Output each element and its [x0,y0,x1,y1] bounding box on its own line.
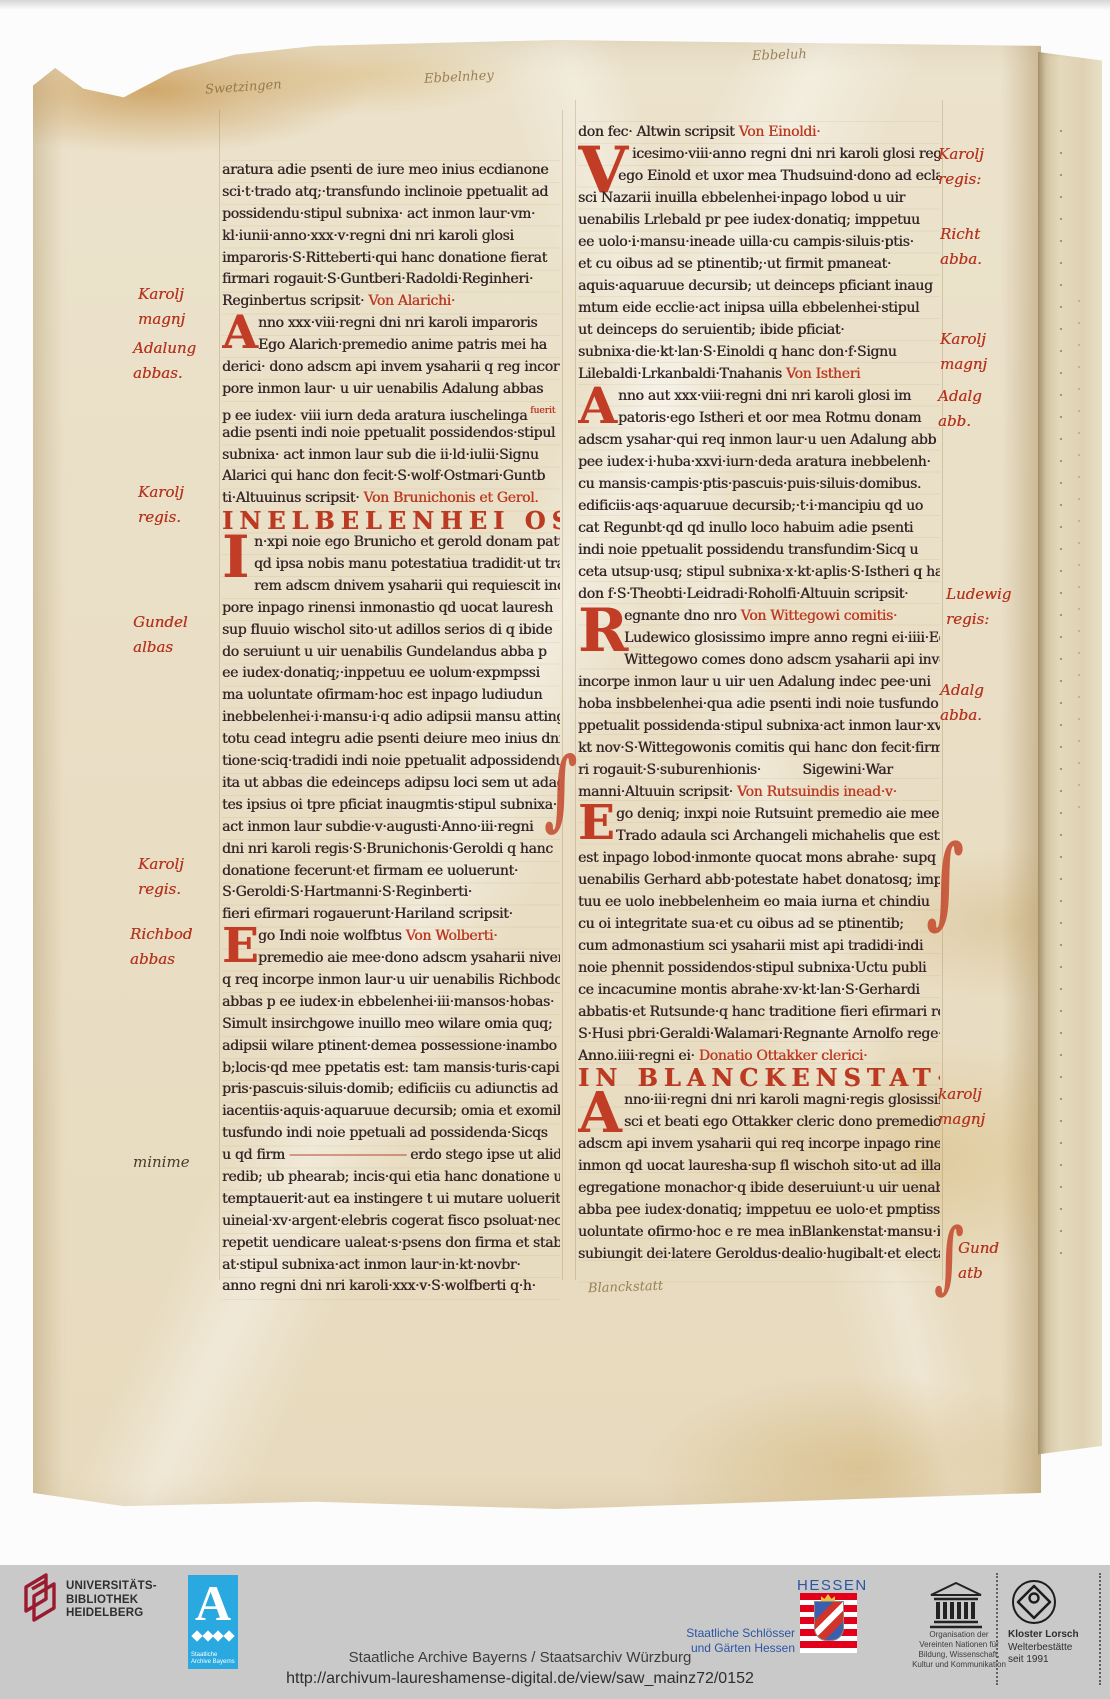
manuscript-line: do seruiunt u uir uenabilis Gundelandus … [222,642,560,664]
lorsch-line1: Kloster Lorsch [1008,1629,1079,1642]
column-rule [942,100,943,1280]
manuscript-line: IN BLANCKENSTAT· [578,1067,940,1089]
manuscript-line: Trado adaula sci Archangeli michahelis q… [578,825,940,847]
body-text: ee iudex·donatiq;·inppetuu ee uolum·expm… [222,665,540,681]
column-rule [562,110,563,1280]
body-text: ego Einold et uxor mea Thudsuind·dono ad… [618,168,940,184]
manuscript-line: inebbelenhei·i·mansu·i·q adio adipsii ma… [222,707,560,729]
body-text: Alarici qui hanc don fecit·S·wolf·Ostmar… [222,468,545,484]
manuscript-line: cu oi integritate sua·et cu oibus ad se … [578,913,940,935]
manuscript-line: kl·iunii·anno·xxx·v·regni dni nri karoli… [222,226,560,248]
manuscript-line: edificiis·aqs·aquaruue decursib;·t·i·man… [578,495,940,517]
column-rule [219,110,220,1280]
unesco-line2: Vereinten Nationen für [903,1640,1015,1650]
ub-heidelberg-text: UNIVERSITÄTS- BIBLIOTHEK HEIDELBERG [66,1580,157,1621]
body-text: ita ut abbas die edeinceps adipsu loci s… [222,775,560,791]
ub-line1: UNIVERSITÄTS- [66,1580,157,1594]
body-text: fuerit [527,406,555,416]
hessen-subtitle: Staatliche Schlösser und Gärten Hessen [655,1626,795,1656]
left-column: aratura adie psenti de iure meo inius ec… [222,160,560,1300]
body-text: ri rogauit·S·suburenhionis· Sigewini·War [578,762,893,778]
manuscript-line: q req incorpe inmon laur·u uir uenabilis… [222,970,560,992]
body-text: uenabilis Lrlebald pr pee iudex·donatiq;… [578,212,920,228]
body-text: adscm api invem ysaharii qui req incorpe… [578,1136,940,1152]
manuscript-line: abbatis·et Rutsunde·q hanc traditione fi… [578,1001,940,1023]
body-text: redib; ub phearab; incis·qui etia hanc d… [222,1169,560,1185]
facing-page-edge [1038,52,1102,1460]
body-text: egregatione monachor·q ibide deseruiunt·… [578,1180,940,1196]
manuscript-line: Ego Alarich·premedio anime patris mei ha [222,335,560,357]
bayern-a-letter: A [188,1575,238,1627]
unesco-caption: Organisation der Vereinten Nationen für … [903,1630,1015,1670]
manuscript-line: patoris·ego Istheri et oor mea Rotmu don… [578,407,940,429]
body-text: indi noie ppetualit possidendu transfund… [578,542,918,558]
rubric-text: IN BLANCKENSTAT· [578,1063,940,1092]
manuscript-line: cat Regunbt·qd qd inullo loco habuim adi… [578,517,940,539]
body-text: nno xxx·viii·regni dni nri karoli imparo… [258,315,537,331]
body-text: p ee iudex· viii iurn deda aratura iusch… [222,408,527,424]
manuscript-line: anno regni dni nri karoli·xxx·v·S·wolfbe… [222,1276,560,1298]
footer-divider [996,1573,998,1685]
body-text: anno regni dni nri karoli·xxx·v·S·wolfbe… [222,1278,536,1294]
manuscript-line: fieri efirmari rogauerunt·Hariland scrip… [222,904,560,926]
world-heritage-emblem-icon [1010,1578,1058,1626]
manuscript-line: S·Husi pbri·Geraldi·Walamari·Regnante Ar… [578,1023,940,1045]
footer-bar: UNIVERSITÄTS- BIBLIOTHEK HEIDELBERG A St… [0,1565,1110,1699]
rubric-text: Von Wittegowi comitis· [741,608,897,624]
body-text: icesimo·viii·anno regni dni nri karoli g… [632,146,940,162]
body-text: Ego Alarich·premedio anime patris mei ha [258,337,547,353]
body-text: noie phennit possidendos·stipul subnixa·… [578,960,926,976]
body-text: repetit uendicare ualeat·s·psens don fir… [222,1235,560,1251]
rubric-text: Von Rutsuindis inead·v· [737,784,897,800]
manuscript-line: ee iudex·donatiq;·inppetuu ee uolum·expm… [222,663,560,685]
body-text: Trado adaula sci Archangeli michahelis q… [616,828,940,844]
body-text: aratura adie psenti de iure meo inius ec… [222,162,548,178]
manuscript-line: act inmon laur subdie·v·augusti·Anno·iii… [222,817,560,839]
manuscript-line: subnixa·die·kt·lan·S·Einoldi q hanc don·… [578,341,940,363]
manuscript-line: ceta utsup·usq; stipul subnixa·x·kt·apli… [578,561,940,583]
body-text: nno·iii·regni dni nri karoli magni·regis… [624,1092,940,1108]
right-column: don fec· Altwin scripsit Von Einoldi·Vic… [578,121,940,1291]
manuscript-line: inmon qd uocat lauresha·sup fl wischoh s… [578,1155,940,1177]
manuscript-line: manni·Altuuin scripsit· Von Rutsuindis i… [578,781,940,803]
manuscript-line: subnixa· act inmon laur sub die ii·ld·iu… [222,445,560,467]
body-text: inmon qd uocat lauresha·sup fl wischoh s… [578,1158,940,1174]
manuscript-line: aratura adie psenti de iure meo inius ec… [222,160,560,182]
manuscript-line: Ludewico glosissimo impre anno regni ei·… [578,627,940,649]
ub-line3: HEIDELBERG [66,1607,157,1621]
body-text: est inpago lobod·inmonte quocat mons abr… [578,850,935,866]
manuscript-line: egregatione monachor·q ibide deseruiunt·… [578,1177,940,1199]
body-text: pee iudex·i·huba·xxvi·iurn·deda aratura … [578,454,931,470]
manuscript-line: iacentiis·aquis·aquaruue decursib; omia … [222,1101,560,1123]
manuscript-line: tione·sciq·tradidi indi noie ppetualit a… [222,751,560,773]
footer-divider [1099,1573,1101,1685]
manuscript-line: sup fluuio wischol sito·ut adillos serio… [222,620,560,642]
body-text: sci et beati ego Ottakker cleric dono pr… [624,1114,940,1130]
manuscript-line: Anno aut xxx·viii·regni dni nri karoli g… [578,385,940,407]
manuscript-line: Lilebaldi·Lrkanbaldi·Tnahanis Von Isther… [578,363,940,385]
hessen-shield-icon [814,1601,844,1641]
manuscript-line: Anno·iii·regni dni nri karoli magni·regi… [578,1089,940,1111]
body-text: u qd firm [222,1147,289,1163]
bayern-caption: Staatliche Archive Bayerns [191,1652,235,1666]
body-text: qd ipsa nobis manu potestatiua tradidit·… [254,556,560,572]
body-text: Ludewico glosissimo impre anno regni ei·… [624,630,940,646]
body-text: act inmon laur subdie·v·augusti·Anno·iii… [222,819,533,835]
manuscript-line: pris·pascuis·siluis·domib; edificiis cu … [222,1079,560,1101]
manuscript-line: ego Einold et uxor mea Thudsuind·dono ad… [578,165,940,187]
manuscript-line: qd ipsa nobis manu potestatiua tradidit·… [222,554,560,576]
manuscript-line: don f·S·Theobti·Leidradi·Roholfi·Altuuin… [578,583,940,605]
manuscript-line: tes ipsius oi tpre pficiat inaugmtis·sti… [222,795,560,817]
body-text: ti·Altuuinus scripsit· [222,490,363,506]
body-text: ma uoluntate ofirmam·hoc est inpago ludi… [222,687,542,703]
manuscript-line: adipsii wilare ptinent·demea possessione… [222,1036,560,1058]
body-text: ut deinceps do seruientib; ibide pficiat… [578,322,844,338]
manuscript-line: pore inmon laur· u uir uenabilis Adalung… [222,379,560,401]
body-text: ee uolo·i·mansu·ineade uilla·cu campis·s… [578,234,914,250]
manuscript-line: In·xpi noie ego Brunicho et gerold donam… [222,532,560,554]
lorsch-line2: Welterbestätte [1008,1642,1079,1655]
body-text: sup fluuio wischol sito·ut adillos serio… [222,622,552,638]
body-text: cum admonastium sci ysaharii mist api tr… [578,938,923,954]
body-text: tione·sciq·tradidi indi noie ppetualit a… [222,753,560,769]
manuscript-line: firmari rogauit·S·Guntberi·Radoldi·Regin… [222,269,560,291]
hessen-title: HESSEN [797,1577,868,1594]
body-text: subnixa· act inmon laur sub die ii·ld·iu… [222,447,539,463]
manuscript-line: possidendu·stipul subnixa· act inmon lau… [222,204,560,226]
manuscript-line: et cu oibus ad se ptinentib;·ut firmit p… [578,253,940,275]
body-text: sci Nazarii inuilla ebbelenhei·inpago lo… [578,190,905,206]
body-text: erdo stego ipse ut alids dehe [406,1147,560,1163]
body-text: mtum eide ecclie·act inipsa uilla ebbele… [578,300,919,316]
manuscript-line: at·stipul subnixa·act inmon laur·in·kt·n… [222,1255,560,1277]
body-text: go Indi noie wolfbtus [258,928,406,944]
manuscript-line: repetit uendicare ualeat·s·psens don fir… [222,1233,560,1255]
source-url: http://archivum-laureshamense-digital.de… [286,1670,754,1688]
unesco-temple-icon [928,1582,984,1630]
manuscript-line: Wittegowo comes dono adscm ysaharii api … [578,649,940,671]
rubric-text: Von Brunichonis et Gerol. [363,490,538,506]
pricking-holes [1060,130,1062,1270]
body-text: subnixa·die·kt·lan·S·Einoldi q hanc don·… [578,344,896,360]
staatliche-archive-bayerns-logo: A Staatliche Archive Bayerns [188,1575,238,1669]
bayern-caption-line2: Archive Bayerns [191,1659,235,1666]
hessen-crown-icon [821,1594,835,1601]
body-text: donatione fecerunt·et firmam ee uoluerun… [222,863,518,879]
body-text: pore inpago rinensi inmonastio qd uocat … [222,600,553,616]
manuscript-line: cum admonastium sci ysaharii mist api tr… [578,935,940,957]
manuscript-line: ee uolo·i·mansu·ineade uilla·cu campis·s… [578,231,940,253]
body-text: abbas p ee iudex·in ebbelenhei·iii·manso… [222,994,554,1010]
manuscript-line: sci et beati ego Ottakker cleric dono pr… [578,1111,940,1133]
manuscript-line: ma uoluntate ofirmam·hoc est inpago ludi… [222,685,560,707]
manuscript-line: abbas p ee iudex·in ebbelenhei·iii·manso… [222,992,560,1014]
manuscript-line: Alarici qui hanc don fecit·S·wolf·Ostmar… [222,466,560,488]
manuscript-line: sci·t·trado atq;·transfundo inclinoie pp… [222,182,560,204]
manuscript-line: dni nri karoli regis·S·Brunichonis·Gerol… [222,839,560,861]
manuscript-line: aquis·aquaruue decursib; ut deinceps pfi… [578,275,940,297]
body-text: q req incorpe inmon laur·u uir uenabilis… [222,972,560,988]
rubric-text: Von Einoldi· [739,124,821,140]
body-text: iacentiis·aquis·aquaruue decursib; omia … [222,1103,560,1119]
manuscript-line: adscm api invem ysaharii qui req incorpe… [578,1133,940,1155]
body-text: S·Husi pbri·Geraldi·Walamari·Regnante Ar… [578,1026,940,1042]
manuscript-line: tuu ee uolo inebbelenheim eo maia iurna … [578,891,940,913]
body-text: hoba insbbelenhei·qua adie psenti indi n… [578,696,938,712]
manuscript-line: pee iudex·i·huba·xxvi·iurn·deda aratura … [578,451,940,473]
body-text: cu mansis·campis·ptis·pascuis·puis·silui… [578,476,921,492]
manuscript-line: est inpago lobod·inmonte quocat mons abr… [578,847,940,869]
body-text: firmari rogauit·S·Guntberi·Radoldi·Regin… [222,271,533,287]
body-text: totu cead integru adie psenti deiure meo… [222,731,560,747]
bayern-caption-line1: Staatliche [191,1652,235,1659]
body-text: derici· dono adscm api invem ysaharii q … [222,359,559,375]
body-text: uenabilis Gerhard abb·potestate habet do… [578,872,940,888]
manuscript-line: Reginbertus scripsit· Von Alarichi· [222,291,560,313]
manuscript-line: uineial·xv·argent·elebris cogerat fisco … [222,1211,560,1233]
manuscript-line: ri rogauit·S·suburenhionis· Sigewini·War [578,759,940,781]
manuscript-line: adie psenti indi noie ppetualit possiden… [222,423,560,445]
manuscript-line: b;locis·qd mee ppetatis est: tam mansis·… [222,1058,560,1080]
rubric-text: INELBELENHEI OS [222,506,560,535]
manuscript-line: ita ut abbas die edeinceps adipsu loci s… [222,773,560,795]
manuscript-line: derici· dono adscm api invem ysaharii q … [222,357,560,379]
body-text: pore inmon laur· u uir uenabilis Adalung… [222,381,543,397]
bayern-diamonds-icon [193,1632,233,1640]
manuscript-line: sci Nazarii inuilla ebbelenhei·inpago lo… [578,187,940,209]
manuscript-line: indi noie ppetualit possidendu transfund… [578,539,940,561]
body-text: dni nri karoli regis·S·Brunichonis·Gerol… [222,841,553,857]
body-text: b;locis·qd mee ppetatis est: tam mansis·… [222,1060,559,1076]
body-text: n·xpi noie ego Brunicho et gerold donam … [254,534,560,550]
ub-heidelberg-logo [16,1571,64,1631]
manuscript-line: adscm ysahar·qui req inmon laur·u uen Ad… [578,429,940,451]
manuscript-line: abba pee iudex·donatiq; imppetuu ee uolo… [578,1199,940,1221]
body-text: inebbelenhei·i·mansu·i·q adio adipsii ma… [222,709,560,725]
body-text: adscm ysahar·qui req inmon laur·u uen Ad… [578,432,936,448]
manuscript-line: uoluntate ofirmo·hoc e re mea inBlankens… [578,1221,940,1243]
hessen-line1: Staatliche Schlösser [655,1626,795,1641]
body-text: Simult insirchgowe inuillo meo wilare om… [222,1016,552,1032]
body-text: pris·pascuis·siluis·domib; edificiis cu … [222,1081,558,1097]
body-text: ceta utsup·usq; stipul subnixa·x·kt·apli… [578,564,940,580]
manuscript-line: Ego Indi noie wolfbtus Von Wolberti· [222,926,560,948]
body-text: rem adscm dnivem ysaharii qui requiescit… [254,578,560,594]
body-text: at·stipul subnixa·act inmon laur·in·kt·n… [222,1257,520,1273]
manuscript-line: don fec· Altwin scripsit Von Einoldi· [578,121,940,143]
manuscript-line: cu mansis·campis·ptis·pascuis·puis·silui… [578,473,940,495]
manuscript-line: S·Geroldi·S·Hartmanni·S·Reginberti· [222,882,560,904]
manuscript-line: Anno xxx·viii·regni dni nri karoli impar… [222,313,560,335]
body-text: do seruiunt u uir uenabilis Gundelandus … [222,644,547,660]
manuscript-line: noie phennit possidendos·stipul subnixa·… [578,957,940,979]
body-text: nno aut xxx·viii·regni dni nri karoli gl… [618,388,911,404]
manuscript-line: ut deinceps do seruientib; ibide pficiat… [578,319,940,341]
body-text: tuu ee uolo inebbelenheim eo maia iurna … [578,894,929,910]
pricking-holes [1078,300,1080,820]
body-text: cat Regunbt·qd qd inullo loco habuim adi… [578,520,913,536]
manuscript-line: p ee iudex· viii iurn deda aratura iusch… [222,401,560,423]
body-text: ————————— [289,1147,406,1163]
manuscript-line: Ego deniq; inxpi noie Rutsuint premedio … [578,803,940,825]
body-text: edificiis·aqs·aquaruue decursib;·t·i·man… [578,498,923,514]
manuscript-line: premedio aie mee·dono adscm ysaharii niv… [222,948,560,970]
body-text: subiungit dei·latere Geroldus·dealio·hug… [578,1246,940,1262]
manuscript-line: imparoris·S·Ritteberti·qui hanc donation… [222,248,560,270]
hessen-line2: und Gärten Hessen [655,1641,795,1656]
body-text: aquis·aquaruue decursib; ut deinceps pfi… [578,278,933,294]
manuscript-line: mtum eide ecclie·act inipsa uilla ebbele… [578,297,940,319]
manuscript-line: Vicesimo·viii·anno regni dni nri karoli … [578,143,940,165]
rubric-text: Von Alarichi· [368,293,455,309]
body-text: S·Geroldi·S·Hartmanni·S·Reginberti· [222,884,472,900]
body-text: fieri efirmari rogauerunt·Hariland scrip… [222,906,513,922]
manuscript-line: pore inpago rinensi inmonastio qd uocat … [222,598,560,620]
kloster-lorsch-caption: Kloster Lorsch Welterbestätte seit 1991 [1008,1629,1079,1667]
body-text: incorpe inmon laur u uir uen Adalung ind… [578,674,931,690]
body-text: ce incacumine montis abrahe·xv·kt·lan·S·… [578,982,920,998]
unesco-line3: Bildung, Wissenschaft, [903,1650,1015,1660]
body-text: abbatis·et Rutsunde·q hanc traditione fi… [578,1004,940,1020]
manuscript-line: INELBELENHEI OS [222,510,560,532]
manuscript-line: rem adscm dnivem ysaharii qui requiescit… [222,576,560,598]
scan-page: aratura adie psenti de iure meo inius ec… [0,0,1110,1699]
body-text: kt nov·S·Wittegowonis comitis qui hanc d… [578,740,940,756]
manuscript-line: ce incacumine montis abrahe·xv·kt·lan·S·… [578,979,940,1001]
body-text: temptauerit·aut ea instingere t ui mutar… [222,1191,560,1207]
archive-caption: Staatliche Archive Bayerns / Staatsarchi… [349,1649,692,1666]
rubric-text: Von Istheri [786,366,860,382]
body-text: adipsii wilare ptinent·demea possessione… [222,1038,557,1054]
body-text: abba pee iudex·donatiq; imppetuu ee uolo… [578,1202,940,1218]
body-text: egnante dno nro [624,608,741,624]
hessen-coat-of-arms-icon [800,1593,857,1653]
body-text: cu oi integritate sua·et cu oibus ad se … [578,916,904,932]
body-text: uoluntate ofirmo·hoc e re mea inBlankens… [578,1224,940,1240]
body-text: adie psenti indi noie ppetualit possiden… [222,425,555,441]
body-text: Wittegowo comes dono adscm ysaharii api … [624,652,940,668]
rubric-text: Von Wolberti· [406,928,498,944]
body-text: et cu oibus ad se ptinentib;·ut firmit p… [578,256,891,272]
manuscript-line: uenabilis Gerhard abb·potestate habet do… [578,869,940,891]
body-text: tes ipsius oi tpre pficiat inaugmtis·sti… [222,797,557,813]
unesco-line1: Organisation der [903,1630,1015,1640]
manuscript-line: kt nov·S·Wittegowonis comitis qui hanc d… [578,737,940,759]
body-text: ppetualit possidenda·stipul subnixa·act … [578,718,940,734]
manuscript-line: ppetualit possidenda·stipul subnixa·act … [578,715,940,737]
column-rule [575,100,576,1280]
body-text: possidendu·stipul subnixa· act inmon lau… [222,206,535,222]
body-text: imparoris·S·Ritteberti·qui hanc donation… [222,250,547,266]
unesco-line4: Kultur und Kommunikation [903,1660,1015,1670]
body-text: patoris·ego Istheri et oor mea Rotmu don… [618,410,921,426]
manuscript-line: redib; ub phearab; incis·qui etia hanc d… [222,1167,560,1189]
manuscript-line: Regnante dno nro Von Wittegowi comitis· [578,605,940,627]
manuscript-line: u qd firm ————————— erdo stego ipse ut a… [222,1145,560,1167]
body-text: Anno.iiii·regni ei· [578,1048,699,1064]
body-text: kl·iunii·anno·xxx·v·regni dni nri karoli… [222,228,514,244]
ub-line2: BIBLIOTHEK [66,1594,157,1608]
rubric-text: Donatio Ottakker clerici· [699,1048,868,1064]
manuscript-line: uenabilis Lrlebald pr pee iudex·donatiq;… [578,209,940,231]
manuscript-line: subiungit dei·latere Geroldus·dealio·hug… [578,1243,940,1265]
body-text: premedio aie mee·dono adscm ysaharii niv… [258,950,560,966]
body-text: sci·t·trado atq;·transfundo inclinoie pp… [222,184,548,200]
manuscript-line: Simult insirchgowe inuillo meo wilare om… [222,1014,560,1036]
manuscript-line: hoba insbbelenhei·qua adie psenti indi n… [578,693,940,715]
body-text: tusfundo indi noie ppetuali ad possidend… [222,1125,548,1141]
lorsch-line3: seit 1991 [1008,1654,1079,1667]
manuscript-line: totu cead integru adie psenti deiure meo… [222,729,560,751]
manuscript-line: temptauerit·aut ea instingere t ui mutar… [222,1189,560,1211]
body-text: uineial·xv·argent·elebris cogerat fisco … [222,1213,560,1229]
manuscript-line: donatione fecerunt·et firmam ee uoluerun… [222,861,560,883]
body-text: go deniq; inxpi noie Rutsuint premedio a… [616,806,940,822]
manuscript-line: incorpe inmon laur u uir uen Adalung ind… [578,671,940,693]
manuscript-line: tusfundo indi noie ppetuali ad possidend… [222,1123,560,1145]
